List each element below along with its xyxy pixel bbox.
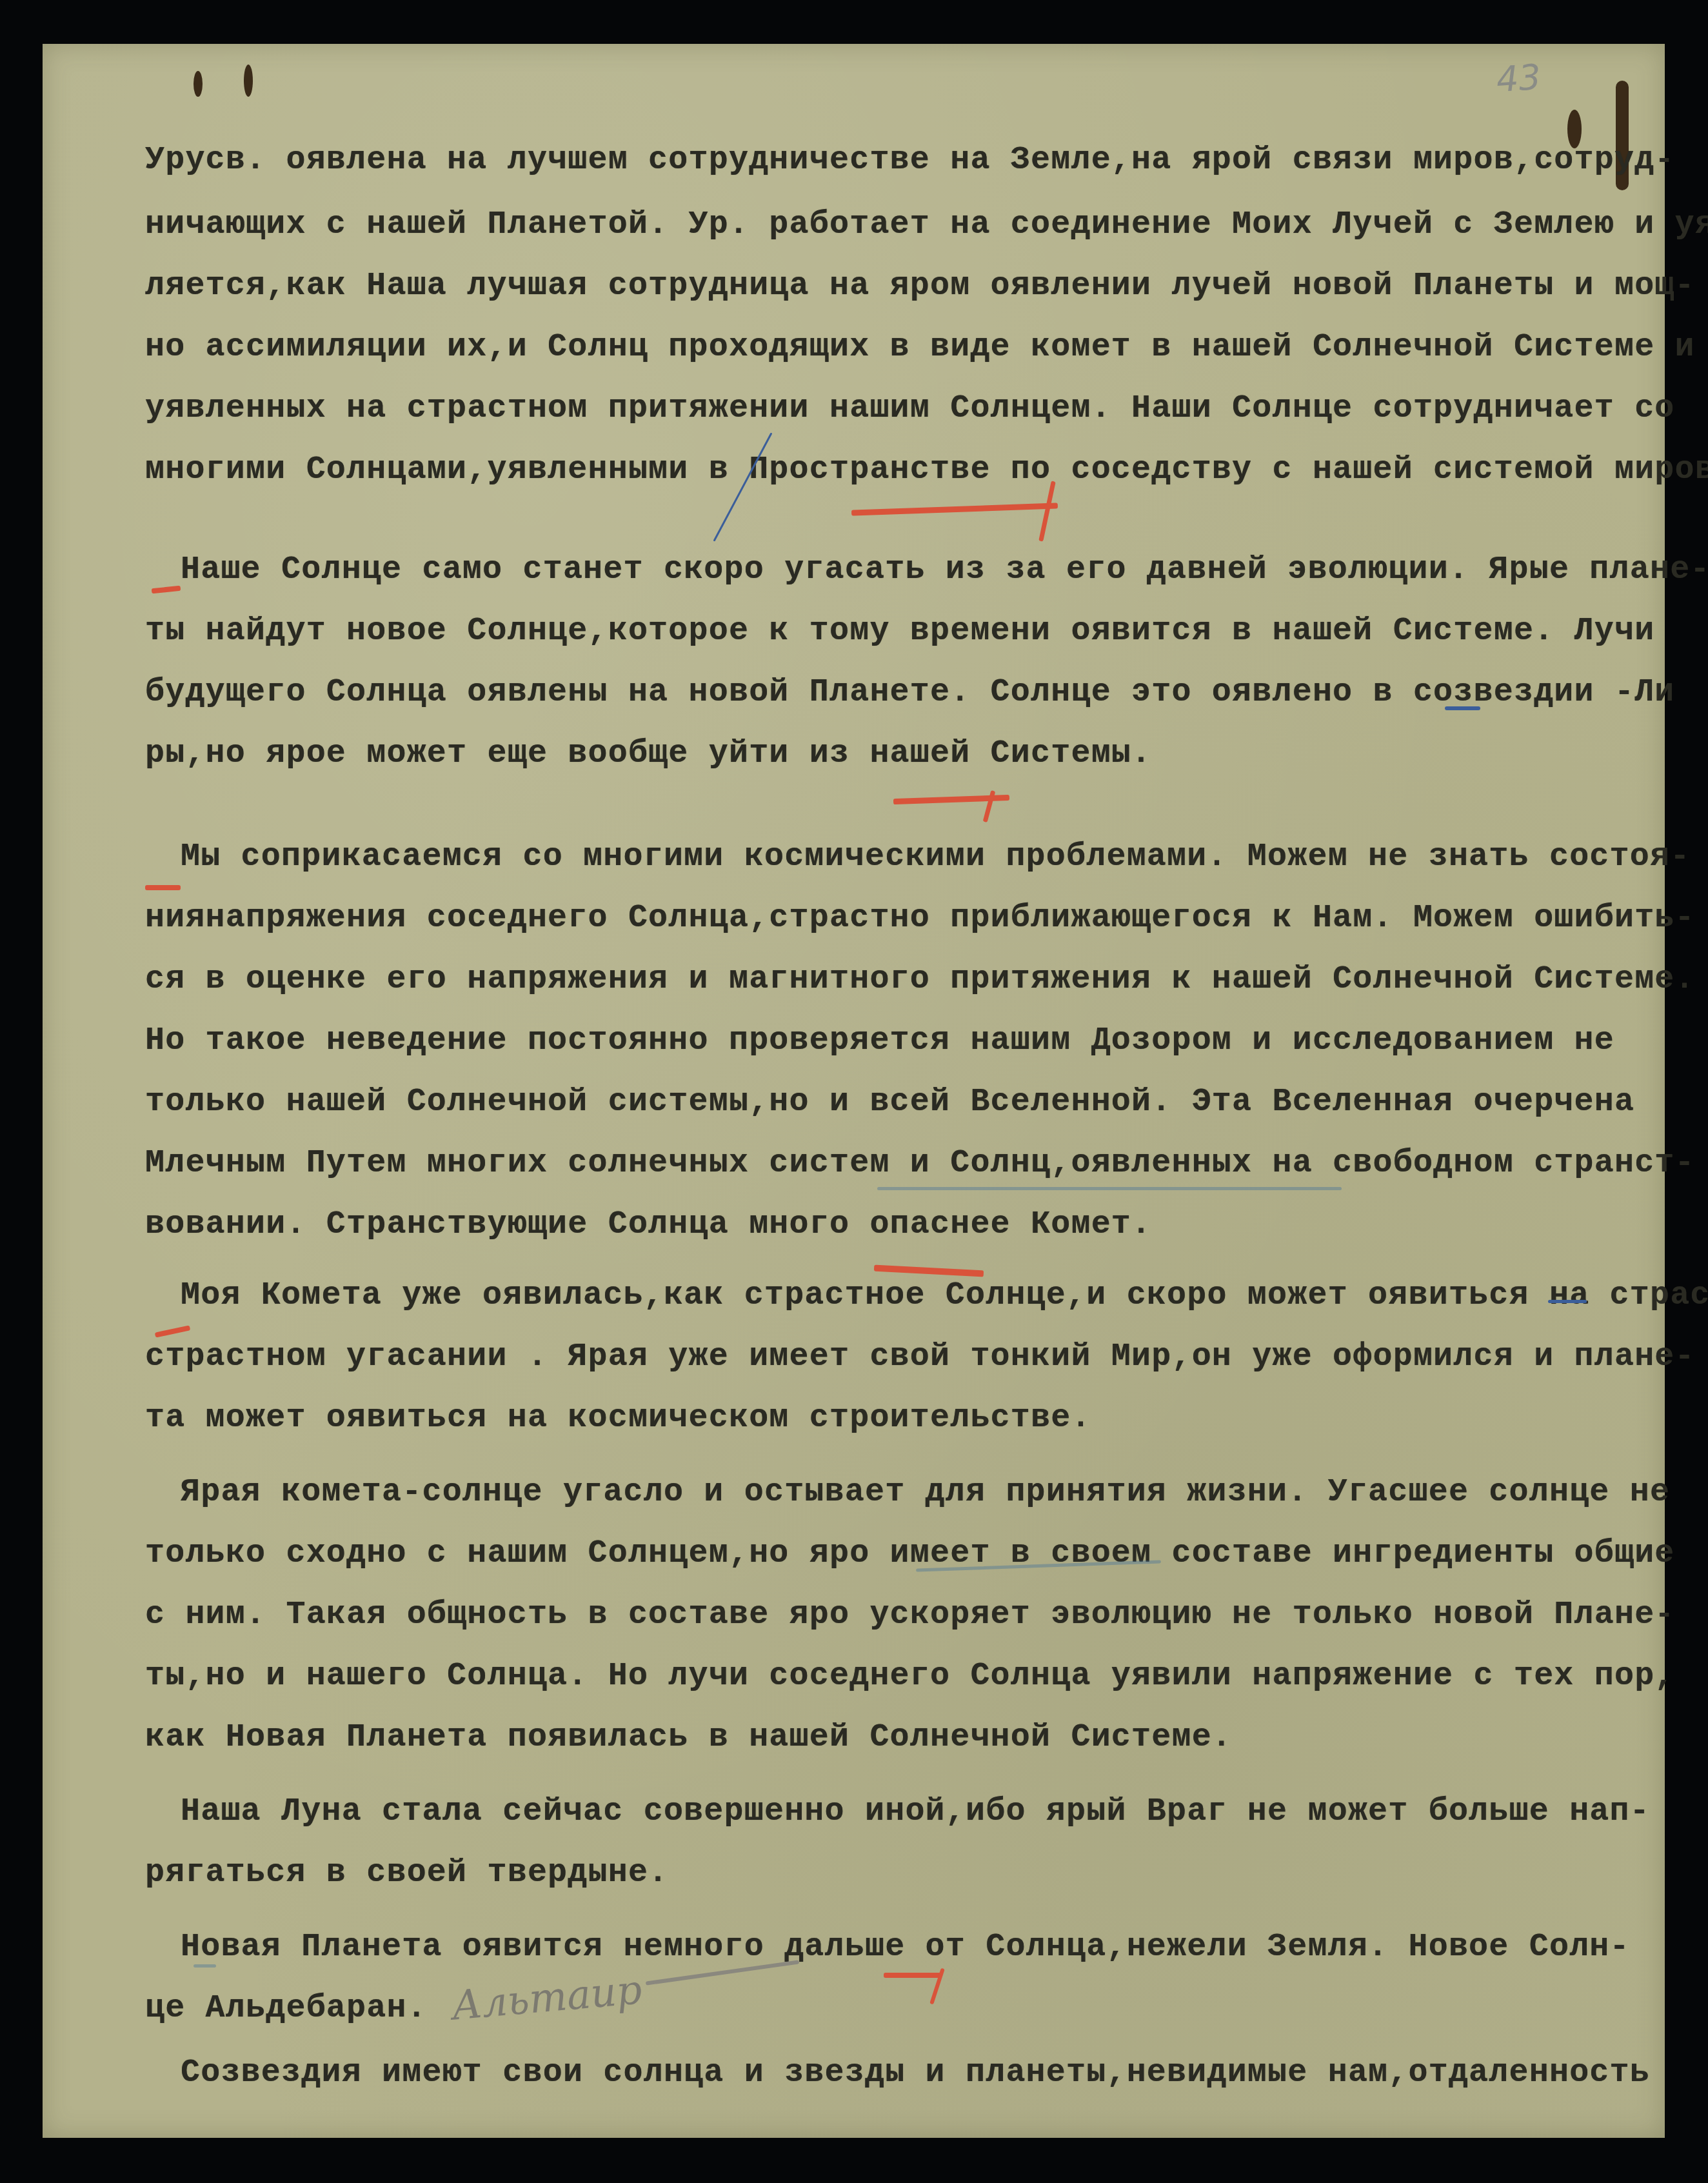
underline-mark-blue	[1445, 706, 1480, 710]
underline-mark-blue	[194, 1964, 216, 1968]
text-line: Ярая комета-солнце угасло и остывает для…	[181, 1474, 1670, 1511]
text-line: Созвездия имеют свои солнца и звезды и п…	[181, 2055, 1650, 2091]
text-line: Млечным Путем многих солнечных систем и …	[145, 1145, 1695, 1182]
text-line: Новая Планета оявится немного дальше от …	[181, 1929, 1630, 1966]
text-line: с ним. Такая общность в составе яро уско…	[145, 1597, 1675, 1633]
text-line: только сходно с нашим Солнцем,но яро име…	[145, 1535, 1675, 1572]
text-line: как Новая Планета появилась в нашей Солн…	[145, 1719, 1232, 1756]
text-line: только нашей Солнечной системы,но и всей…	[145, 1084, 1634, 1121]
text-line: ничающих с нашей Планетой. Ур. работает …	[145, 206, 1708, 243]
text-line: це Альдебаран.	[145, 1990, 427, 2027]
text-line: рягаться в своей твердыне.	[145, 1855, 668, 1891]
text-line: Наша Луна стала сейчас совершенно иной,и…	[181, 1793, 1650, 1830]
text-line: будущего Солнца оявлены на новой Планете…	[145, 674, 1675, 711]
text-line: ляется,как Наша лучшая сотрудница на яро…	[145, 268, 1695, 304]
text-line: страстном угасании . Ярая уже имеет свой…	[145, 1339, 1695, 1375]
text-line: Наше Солнце само станет скоро угасать из…	[181, 552, 1708, 588]
text-line: вовании. Странствующие Солнца много опас…	[145, 1206, 1151, 1243]
paragraph-mark-red	[145, 885, 181, 890]
text-line: ты найдут новое Солнце,которое к тому вр…	[145, 613, 1654, 650]
typewritten-text: Урусв. оявлена на лучшем сотрудничестве …	[0, 0, 1708, 2183]
text-line: Урусв. оявлена на лучшем сотрудничестве …	[145, 142, 1675, 179]
text-line: Моя Комета уже оявилась,как страстное Со…	[181, 1277, 1708, 1314]
text-line: но ассимиляции их,и Солнц проходящих в в…	[145, 329, 1695, 366]
underline-mark-blue	[877, 1187, 1342, 1190]
text-line: многими Солнцами,уявленными в Пространст…	[145, 452, 1708, 488]
paragraph-mark-red	[884, 1973, 942, 1978]
text-line: та может оявиться на космическом строите…	[145, 1400, 1091, 1437]
text-line: ты,но и нашего Солнца. Но лучи соседнего…	[145, 1658, 1675, 1695]
text-line: Но такое неведение постоянно проверяется…	[145, 1022, 1614, 1059]
underline-mark-blue	[1548, 1300, 1587, 1303]
text-line: ниянапряжения соседнего Солнца,страстно …	[145, 900, 1695, 937]
text-line: ры,но ярое может еще вообще уйти из наше…	[145, 735, 1151, 772]
text-line: уявленных на страстном притяжении нашим …	[145, 390, 1675, 427]
text-line: Мы соприкасаемся со многими космическими…	[181, 839, 1690, 875]
text-line: ся в оценке его напряжения и магнитного …	[145, 961, 1695, 998]
